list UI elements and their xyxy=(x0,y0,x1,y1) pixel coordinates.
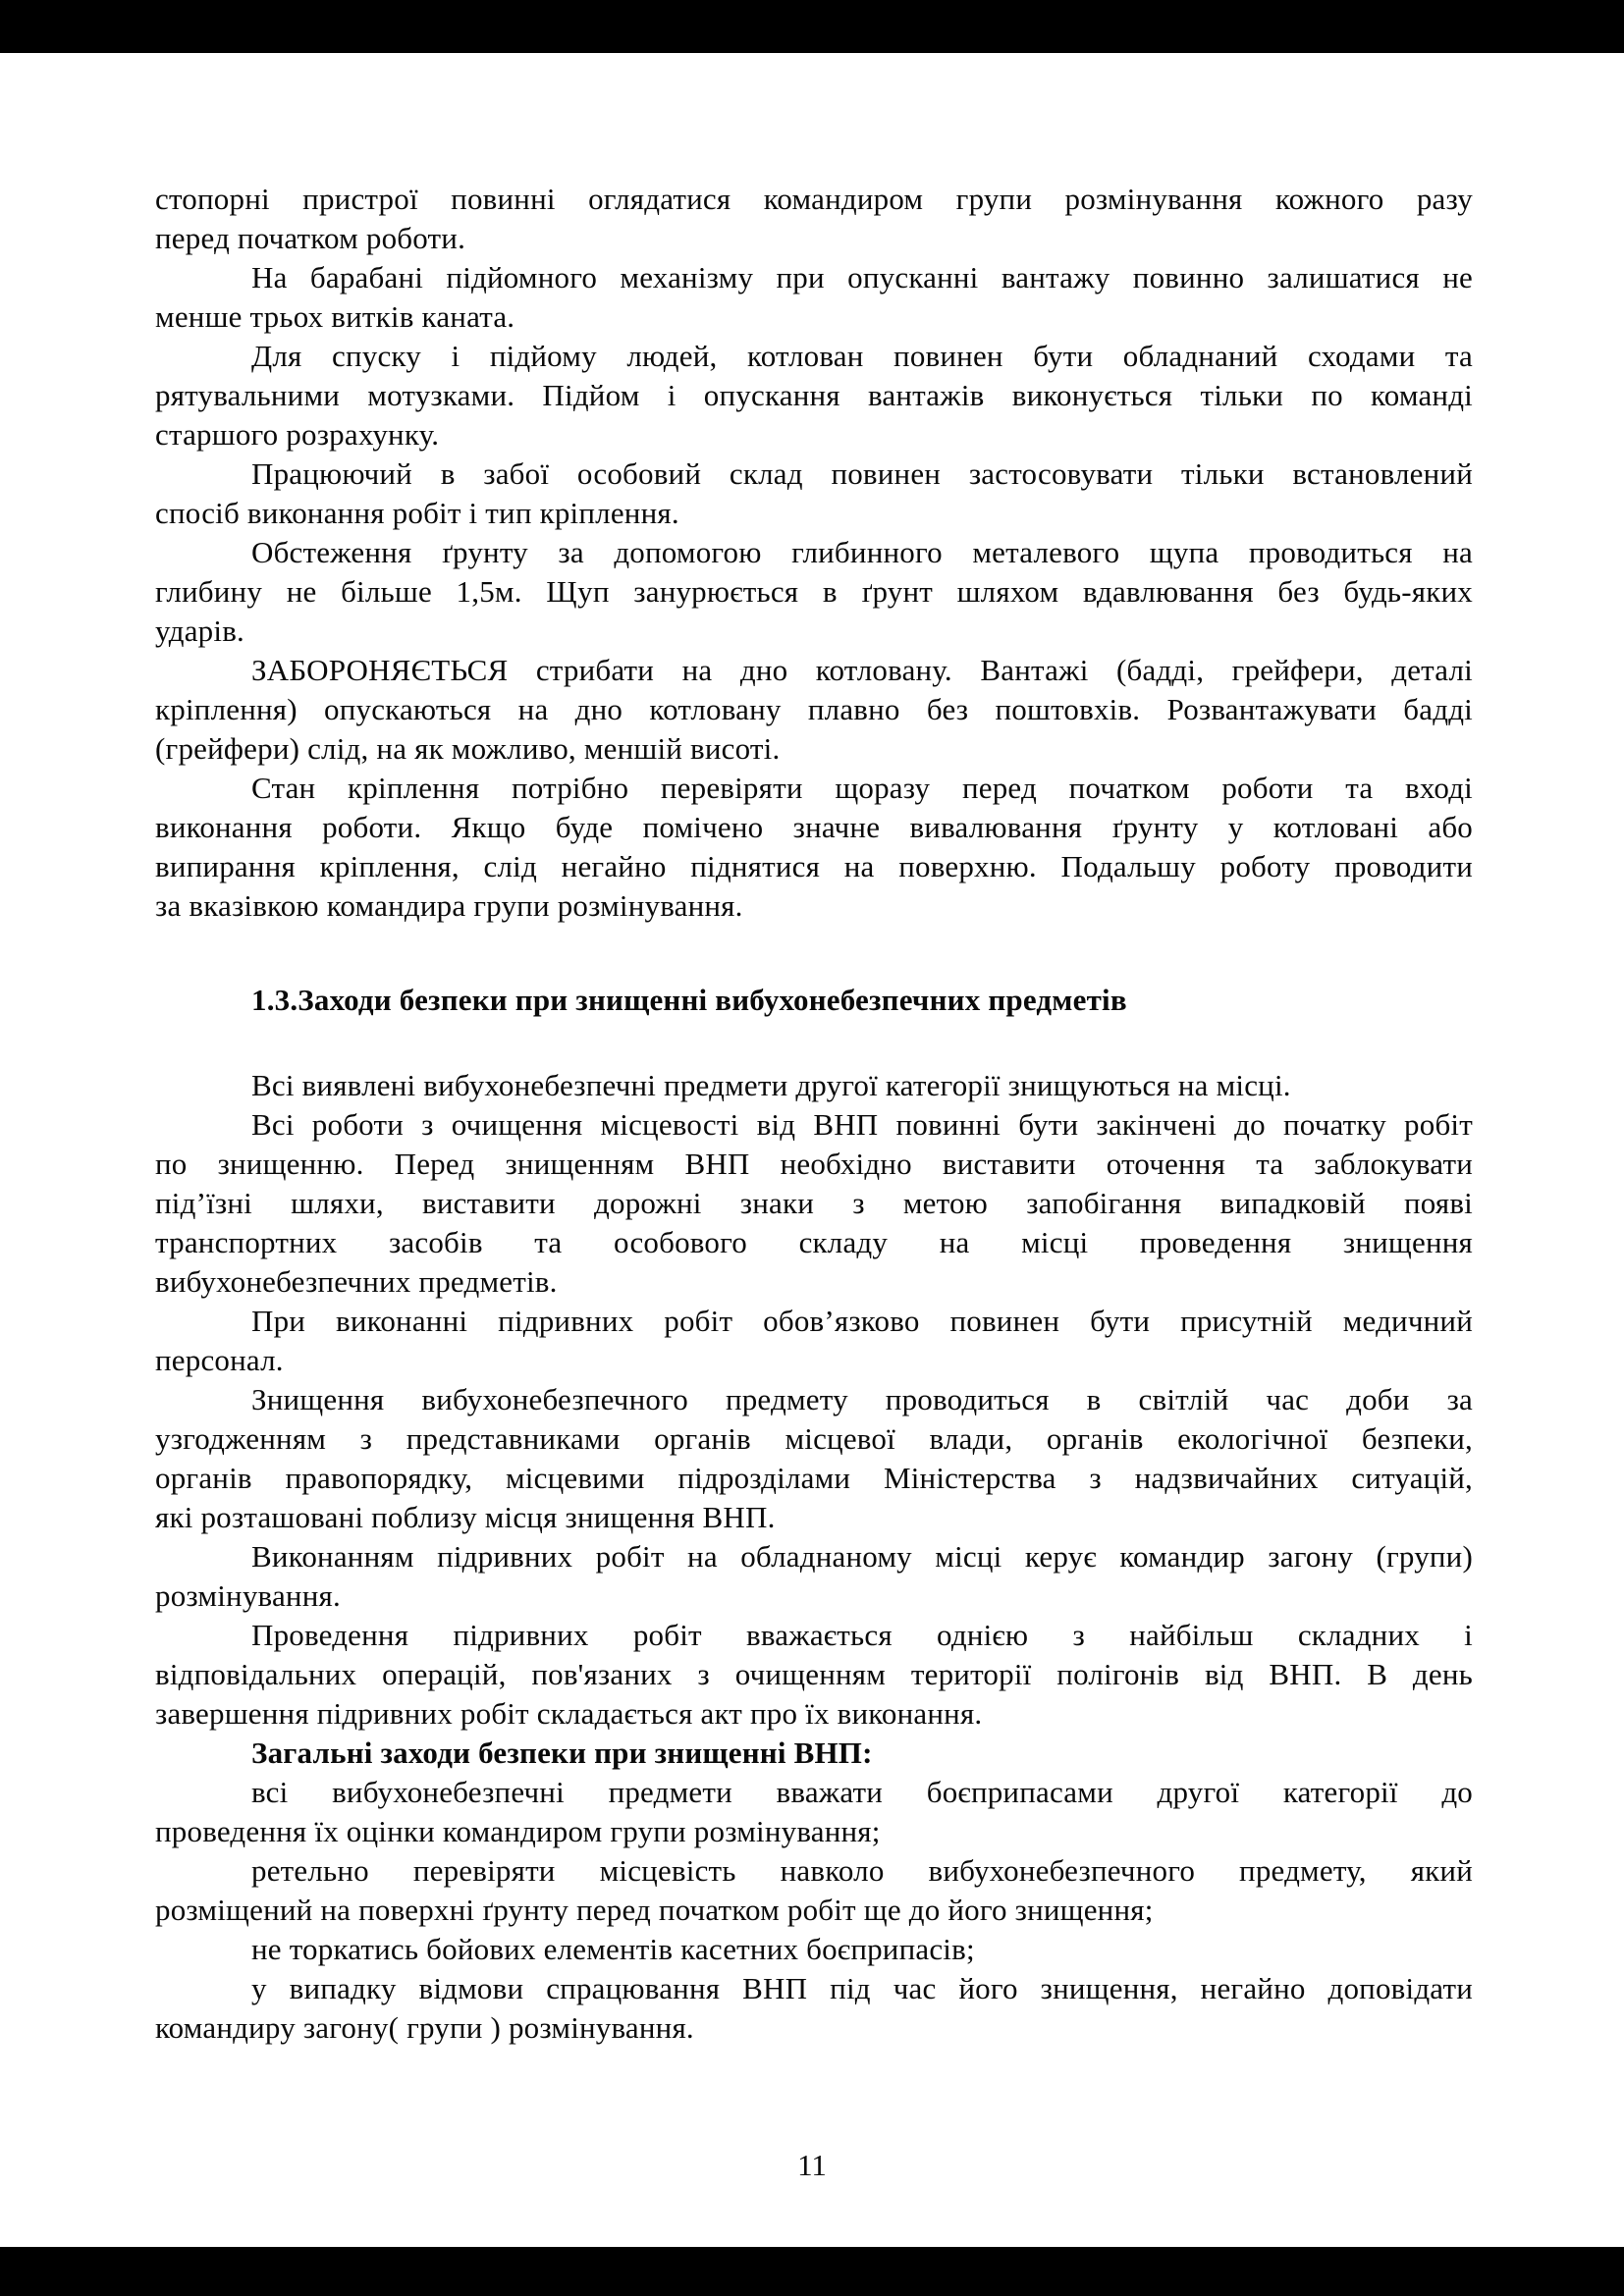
text-line: завершення підривних робіт складається а… xyxy=(155,1694,1473,1734)
text-line: розмінування. xyxy=(155,1576,1473,1616)
text-line: стопорні пристрої повинні оглядатися ком… xyxy=(155,180,1473,219)
subheading-general-safety: Загальні заходи безпеки при знищенні ВНП… xyxy=(155,1734,1473,1773)
text-line: Обстеження ґрунту за допомогою глибинног… xyxy=(155,533,1473,572)
text-line: вибухонебезпечних предметів. xyxy=(155,1262,1473,1302)
document-page: стопорні пристрої повинні оглядатися ком… xyxy=(0,0,1624,2296)
text-line: у випадку відмови спрацювання ВНП під ча… xyxy=(155,1969,1473,2008)
text-line: ударів. xyxy=(155,612,1473,651)
text-line: проведення їх оцінки командиром групи ро… xyxy=(155,1812,1473,1851)
text-line: не торкатись бойових елементів касетних … xyxy=(155,1930,1473,1969)
text-line: глибину не більше 1,5м. Щуп занурюється … xyxy=(155,572,1473,612)
text-line: Всі роботи з очищення місцевості від ВНП… xyxy=(155,1105,1473,1145)
scan-artifact-top-bar xyxy=(0,0,1624,53)
text-line: спосіб виконання робіт і тип кріплення. xyxy=(155,494,1473,533)
text-line: за вказівкою командира групи розмінуванн… xyxy=(155,886,1473,926)
text-line: персонал. xyxy=(155,1341,1473,1380)
text-line: На барабані підйомного механізму при опу… xyxy=(155,258,1473,297)
scan-artifact-bottom-bar xyxy=(0,2247,1624,2296)
text-line: (грейфери) слід, на як можливо, меншій в… xyxy=(155,729,1473,769)
text-line: ретельно перевіряти місцевість навколо в… xyxy=(155,1851,1473,1891)
text-line: транспортних засобів та особового складу… xyxy=(155,1223,1473,1262)
text-line: При виконанні підривних робіт обов’язков… xyxy=(155,1302,1473,1341)
text-line: кріплення) опускаються на дно котловану … xyxy=(155,690,1473,729)
text-line: менше трьох витків каната. xyxy=(155,297,1473,337)
text-line: Для спуску і підйому людей, котлован пов… xyxy=(155,337,1473,376)
text-line: старшого розрахунку. xyxy=(155,415,1473,454)
text-line: виконання роботи. Якщо буде помічено зна… xyxy=(155,808,1473,847)
section-heading: 1.3.Заходи безпеки при знищенні вибухоне… xyxy=(155,981,1473,1020)
text-line: Стан кріплення потрібно перевіряти щораз… xyxy=(155,769,1473,808)
text-line: командиру загону( групи ) розмінування. xyxy=(155,2008,1473,2048)
text-line: Всі виявлені вибухонебезпечні предмети д… xyxy=(155,1066,1473,1105)
text-line: по знищенню. Перед знищенням ВНП необхід… xyxy=(155,1145,1473,1184)
text-line: Проведення підривних робіт вважається од… xyxy=(155,1616,1473,1655)
text-line: узгодженням з представниками органів міс… xyxy=(155,1419,1473,1459)
text-line: перед початком роботи. xyxy=(155,219,1473,258)
text-line: органів правопорядку, місцевими підрозді… xyxy=(155,1459,1473,1498)
text-line: під’їзні шляхи, виставити дорожні знаки … xyxy=(155,1184,1473,1223)
text-line: які розташовані поблизу місця знищення В… xyxy=(155,1498,1473,1537)
text-line: розміщений на поверхні ґрунту перед поча… xyxy=(155,1891,1473,1930)
page-number: 11 xyxy=(0,2146,1624,2185)
document-text-block: стопорні пристрої повинні оглядатися ком… xyxy=(155,180,1473,2048)
text-line: рятувальними мотузками. Підйом і опускан… xyxy=(155,376,1473,415)
text-line: всі вибухонебезпечні предмети вважати бо… xyxy=(155,1773,1473,1812)
text-line: Виконанням підривних робіт на обладнаном… xyxy=(155,1537,1473,1576)
text-line: Знищення вибухонебезпечного предмету про… xyxy=(155,1380,1473,1419)
text-line: ЗАБОРОНЯЄТЬСЯ стрибати на дно котловану.… xyxy=(155,651,1473,690)
text-line: Працюючий в забої особовий склад повинен… xyxy=(155,454,1473,494)
text-line: відповідальних операцій, пов'язаних з оч… xyxy=(155,1655,1473,1694)
text-line: випирання кріплення, слід негайно піднят… xyxy=(155,847,1473,886)
